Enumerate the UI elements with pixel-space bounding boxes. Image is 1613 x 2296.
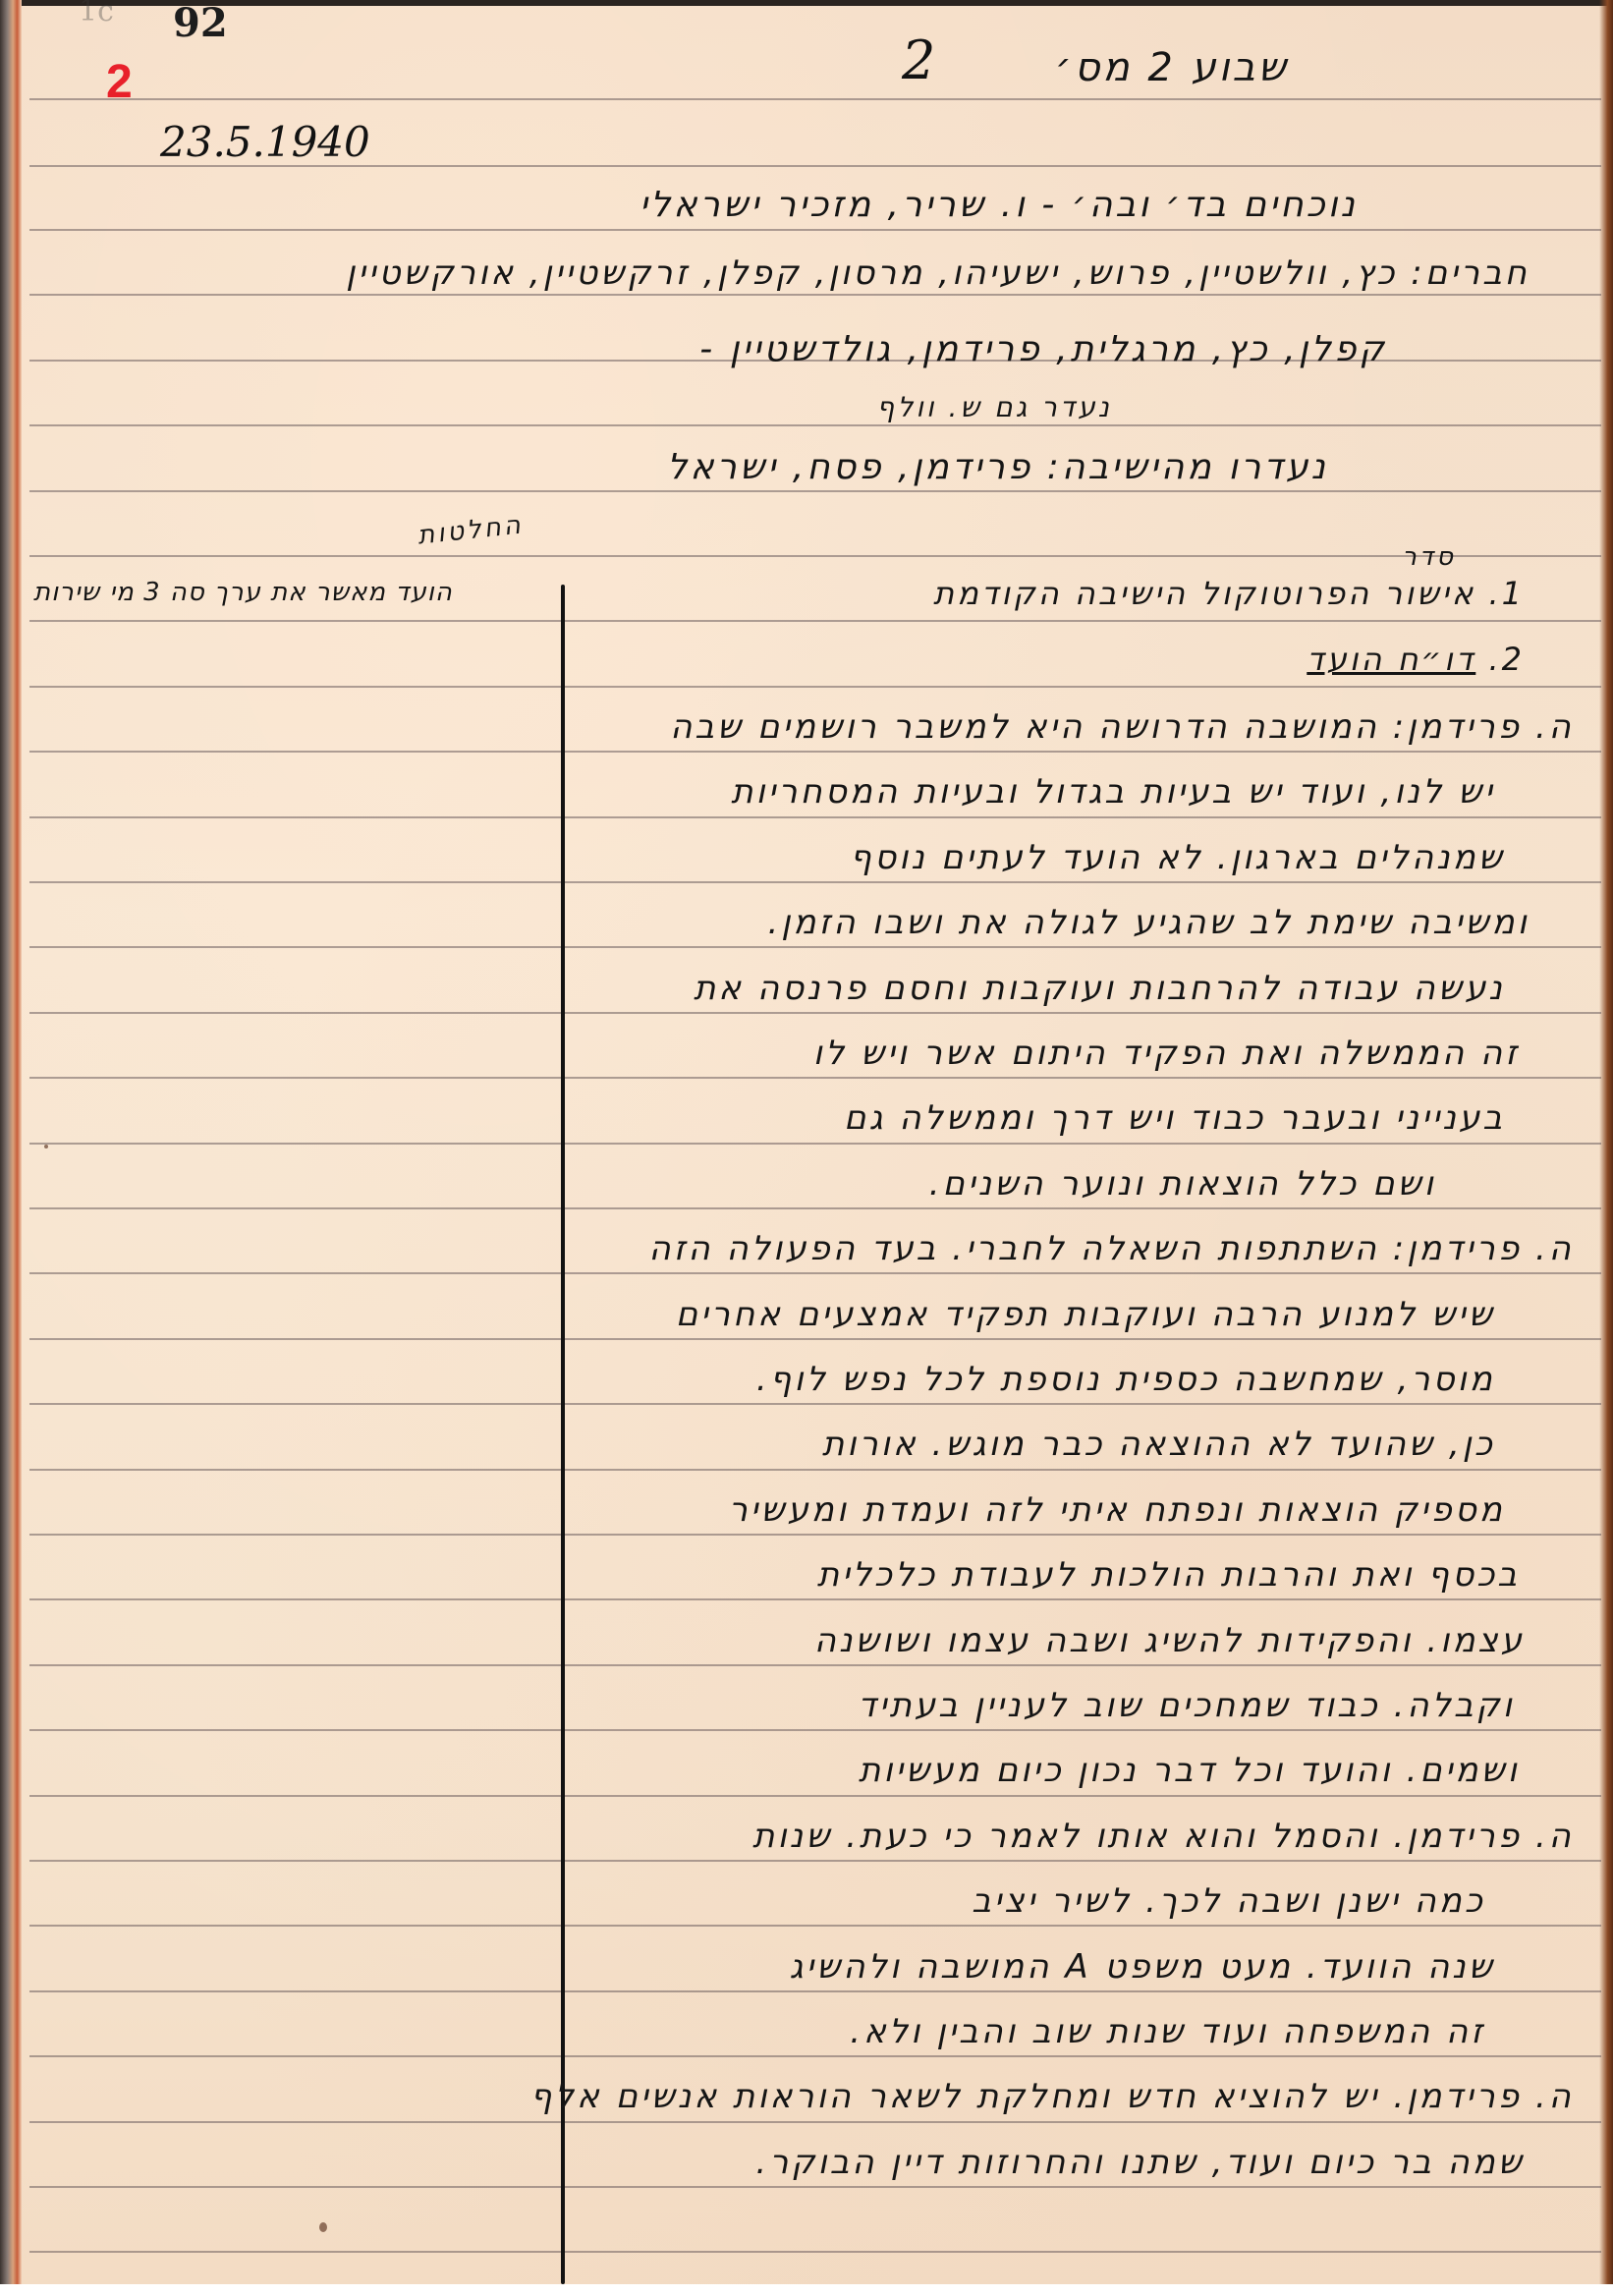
decision-note: הועד מאשר את ערך סה 3 מי שירות bbox=[33, 578, 453, 607]
minutes-line: שמנהלים בארגון. לא הועד לעתים נוסף bbox=[850, 838, 1505, 877]
attendance-line-4: נעדר גם ש. וולף bbox=[877, 391, 1112, 423]
minutes-line: שמה בר כיום ועוד, שתנו והחרוזות דיין הבו… bbox=[755, 2143, 1525, 2182]
minutes-line: ושמים. והועד וכל דבר נכון כיום מעשיות bbox=[859, 1751, 1520, 1790]
ruled-line bbox=[29, 1012, 1601, 1014]
ruled-line bbox=[29, 1207, 1601, 1209]
minutes-line: נעשה עבודה להרחבות ועוקבות וחסם פרנסה את bbox=[694, 969, 1505, 1008]
ruled-line bbox=[29, 620, 1601, 622]
minutes-line: כן, שהועד לא ההוצאה כבר מוגש. אורות bbox=[822, 1425, 1495, 1464]
agenda-item-1-number: 1. bbox=[1488, 575, 1525, 612]
ruled-line bbox=[29, 946, 1601, 948]
ruled-line bbox=[29, 98, 1601, 100]
ruled-line bbox=[29, 1664, 1601, 1666]
ruled-line bbox=[29, 1795, 1601, 1797]
ruled-line bbox=[29, 2186, 1601, 2188]
minutes-line: יש לנו, ועוד יש בעיות בגדול ובעיות המסחר… bbox=[731, 772, 1495, 812]
agenda-item-2-number: 2. bbox=[1488, 641, 1525, 678]
ruled-line bbox=[29, 229, 1601, 231]
ruled-line bbox=[29, 2251, 1601, 2253]
minutes-line: ה. פרידמן. והסמל והוא אותו לאמר כי כעת. … bbox=[752, 1817, 1574, 1856]
ruled-line bbox=[29, 1860, 1601, 1862]
date: 23.5.1940 bbox=[160, 118, 370, 166]
agenda-item-2: 2. דו״ח הועד bbox=[1307, 641, 1525, 678]
faint-stamp: 1c bbox=[79, 0, 114, 28]
ruled-line bbox=[29, 751, 1601, 753]
absent-line: נעדרו מהישיבה: פרידמן, פסח, ישראל bbox=[667, 447, 1328, 487]
header-title: שבוע 2 מס׳ bbox=[1055, 45, 1289, 90]
ruled-line bbox=[29, 1469, 1601, 1471]
margin-divider-line bbox=[561, 585, 565, 2284]
minutes-line: ושם כלל הוצאות ונוער השנים. bbox=[929, 1164, 1436, 1204]
minutes-line: עצמו. והפקידות להשיג ושבה עצמו ושושנה bbox=[814, 1621, 1525, 1660]
agenda-item-1: 1. אישור הפרוטוקול הישיבה הקודמת bbox=[933, 575, 1525, 612]
minutes-line: ה. פרידמן: השתתפות השאלה לחברי. בעד הפעו… bbox=[649, 1229, 1575, 1268]
ruled-line bbox=[29, 1598, 1601, 1600]
section-label: סדר bbox=[1402, 542, 1456, 572]
ruled-line bbox=[29, 1729, 1601, 1731]
ruled-line bbox=[29, 816, 1601, 818]
agenda-item-1-text: אישור הפרוטוקול הישיבה הקודמת bbox=[933, 575, 1475, 612]
ruled-line bbox=[29, 1990, 1601, 1992]
minutes-line: כמה ישנן ושבה לכך. לשיר יציב bbox=[972, 1881, 1485, 1921]
ruled-line bbox=[29, 2121, 1601, 2123]
ink-speck bbox=[44, 1145, 48, 1148]
agenda-item-2-text: דו״ח הועד bbox=[1307, 641, 1475, 678]
ruled-line bbox=[29, 2055, 1601, 2057]
ruled-line bbox=[29, 1403, 1601, 1405]
ink-blot bbox=[319, 2222, 327, 2232]
minutes-line: מספיק הוצאות ונפתח איתי לזה ועמדת ומעשיר bbox=[729, 1490, 1505, 1530]
ruled-line bbox=[29, 555, 1601, 557]
header-number: 2 bbox=[902, 29, 935, 91]
attendance-line-3: קפלן, כץ, מרגלית, פרידמן, גולדשטיין - bbox=[699, 329, 1387, 369]
ruled-line bbox=[29, 424, 1601, 426]
ruled-line bbox=[29, 490, 1601, 492]
attendance-line-2: חברים: כץ, וולשטיין, פרוש, ישעיהו, מרסון… bbox=[346, 253, 1530, 293]
minutes-line: זה הממשלה ואת הפקיד היתום אשר ויש לו bbox=[813, 1034, 1520, 1073]
minutes-line: וקבלה. כבוד שמחכים שוב לעניין בעתיד bbox=[858, 1686, 1515, 1725]
notebook-page: 1c 92 2 23.5.1940 2 שבוע 2 מס׳ נוכחים בד… bbox=[0, 0, 1613, 2284]
scan-top-edge bbox=[0, 0, 1613, 6]
ruled-line bbox=[29, 1925, 1601, 1927]
minutes-line: שיש למנוע הרבה ועוקבות תפקיד אמצעים אחרי… bbox=[676, 1295, 1495, 1334]
ruled-line bbox=[29, 1077, 1601, 1079]
minutes-line: בענייני ובעבר כבוד ויש דרך וממשלה גם bbox=[844, 1098, 1505, 1138]
red-page-label: 2 bbox=[106, 55, 133, 109]
archive-page-number: 92 bbox=[173, 0, 228, 46]
ruled-line bbox=[29, 1338, 1601, 1340]
minutes-line: ומשיבה שימת לב שהגיע לגולה את ושבו הזמן. bbox=[767, 903, 1530, 942]
notebook-binding bbox=[0, 0, 22, 2284]
minutes-line: זה המשפחה ועוד שנות שוב והבין ולא. bbox=[850, 2012, 1485, 2051]
minutes-line: מוסר, שמחשבה כספית נוספת לכל נפש לוף. bbox=[756, 1360, 1495, 1399]
minutes-line: בכסף ואת והרבות הולכות לעבודת כלכלית bbox=[817, 1555, 1520, 1595]
minutes-line: ה. פרידמן: המושבה הדרושה היא למשבר רושמי… bbox=[670, 707, 1574, 747]
ruled-line bbox=[29, 1143, 1601, 1145]
decisions-label: החלטות bbox=[417, 510, 525, 550]
ruled-line bbox=[29, 686, 1601, 688]
attendance-line-1: נוכחים בד׳ ובה׳ - ו. שריר, מזכיר ישראלי bbox=[640, 185, 1358, 225]
ruled-line bbox=[29, 1272, 1601, 1274]
minutes-line: ה. פרידמן. יש להוציא חדש ומחלקת לשאר הור… bbox=[530, 2077, 1574, 2116]
ruled-line bbox=[29, 881, 1601, 883]
ruled-line bbox=[29, 294, 1601, 296]
page-right-edge bbox=[1599, 0, 1613, 2284]
minutes-line: שנה הוועד. מעט משפט A המושבה ולהשיג bbox=[790, 1947, 1495, 1987]
ruled-line bbox=[29, 1534, 1601, 1536]
